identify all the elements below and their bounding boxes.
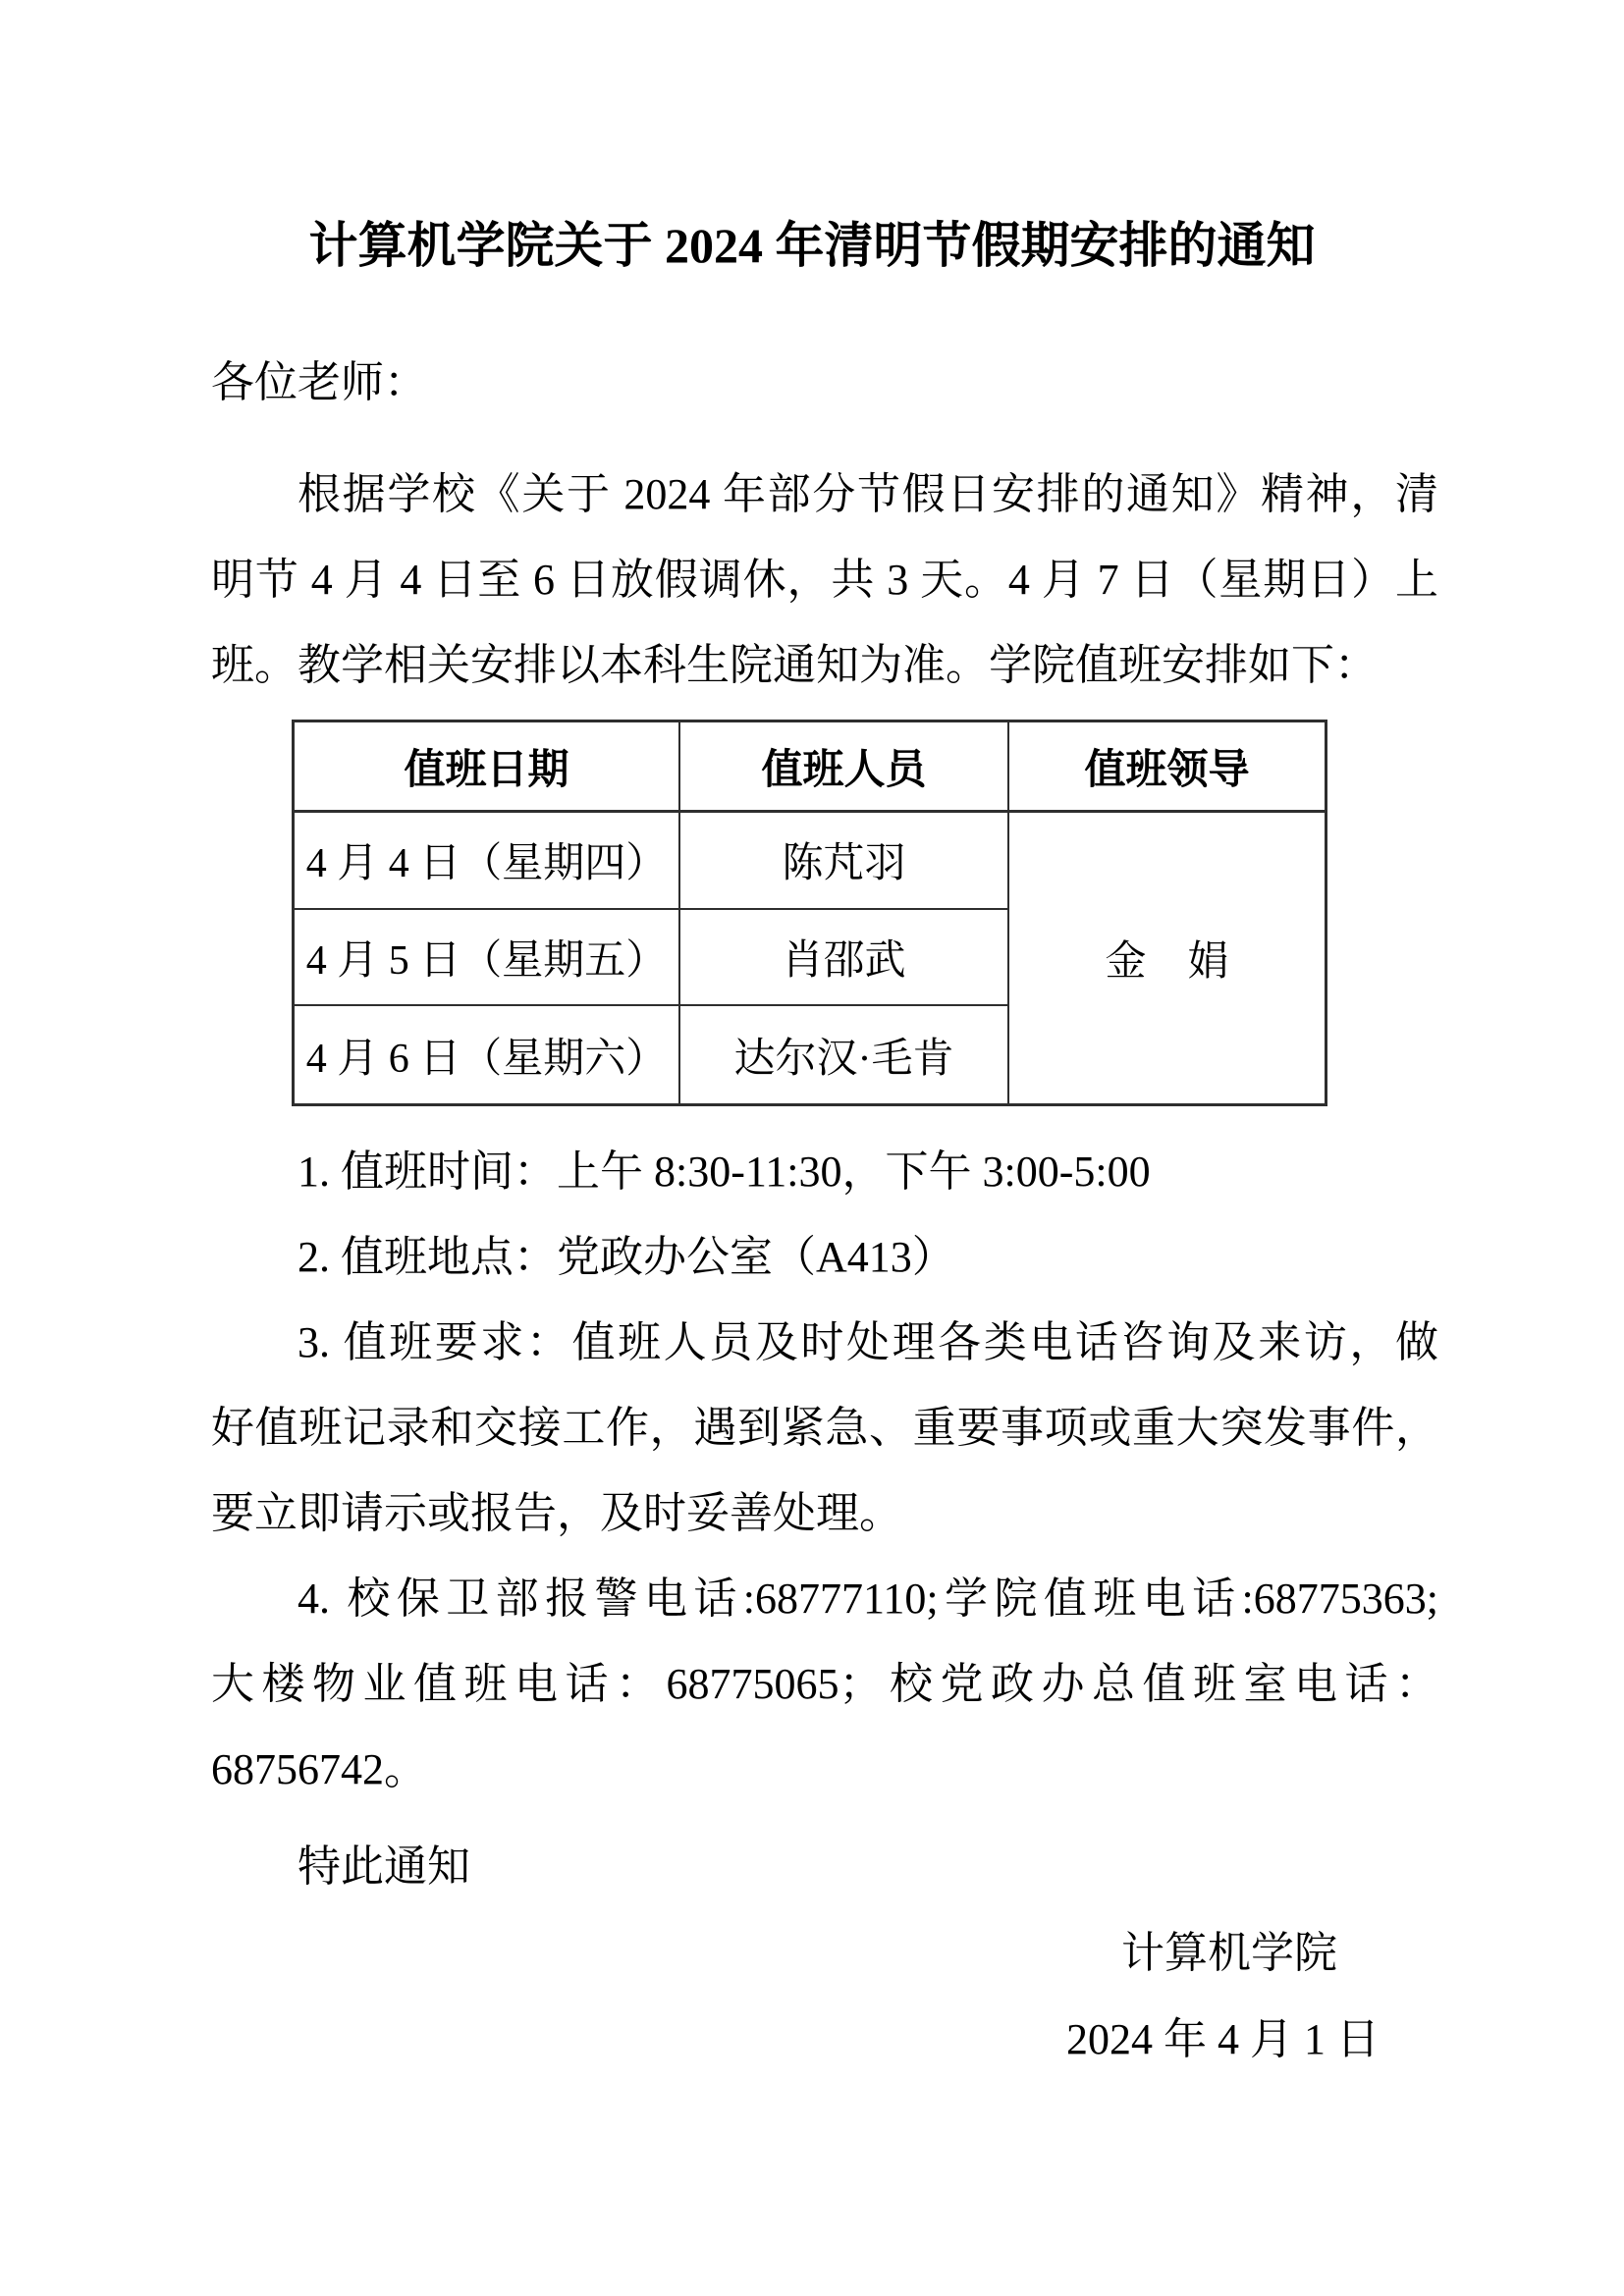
duty-date-cell: 4 月 5 日（星期五） — [295, 910, 680, 1007]
duty-person-cell: 达尔汉·毛肯 — [680, 1006, 1009, 1103]
note-line-duty-require-1: 3. 值班要求：值班人员及时处理各类电话咨询及来访，做 — [211, 1300, 1438, 1385]
table-header-duty-person: 值班人员 — [680, 722, 1009, 813]
duty-schedule-table: 值班日期 值班人员 值班领导 4 月 4 日（星期四） 陈芃羽 4 月 5 日（… — [292, 720, 1327, 1106]
table-header-duty-leader: 值班领导 — [1009, 722, 1325, 813]
duty-date-cell: 4 月 4 日（星期四） — [295, 813, 680, 910]
date-line: 2024 年 4 月 1 日 — [1066, 1997, 1380, 2082]
note-line-phones-1: 4. 校保卫部报警电话:68777110;学院值班电话:68775363; — [211, 1556, 1438, 1641]
duty-person-cell: 肖邵武 — [680, 910, 1009, 1007]
duty-person-cell: 陈芃羽 — [680, 813, 1009, 910]
table-header-duty-date: 值班日期 — [295, 722, 680, 813]
closing-line: 特此通知 — [211, 1824, 1438, 1909]
intro-line-3: 班。教学相关安排以本科生院通知为准。学院值班安排如下： — [211, 622, 1438, 708]
intro-line-2: 明节 4 月 4 日至 6 日放假调休，共 3 天。4 月 7 日（星期日）上 — [211, 537, 1438, 622]
note-line-phones-2: 大楼物业值班电话：68775065；校党政办总值班室电话： — [211, 1641, 1438, 1727]
note-line-duty-require-2: 好值班记录和交接工作，遇到紧急、重要事项或重大突发事件， — [211, 1385, 1438, 1470]
duty-date-cell: 4 月 6 日（星期六） — [295, 1006, 680, 1103]
note-line-duty-time: 1. 值班时间：上午 8:30-11:30，下午 3:00-5:00 — [211, 1129, 1438, 1214]
note-line-phones-3: 68756742。 — [211, 1727, 1438, 1812]
intro-line-1: 根据学校《关于 2024 年部分节假日安排的通知》精神，清 — [211, 452, 1438, 537]
notice-title: 计算机学院关于 2024 年清明节假期安排的通知 — [0, 206, 1624, 285]
duty-leader-cell: 金 娟 — [1009, 813, 1325, 1103]
note-line-duty-require-3: 要立即请示或报告，及时妥善处理。 — [211, 1470, 1438, 1556]
notice-document-page: 计算机学院关于 2024 年清明节假期安排的通知 各位老师： 根据学校《关于 2… — [0, 0, 1624, 2296]
signature-line: 计算机学院 — [1121, 1910, 1337, 1996]
greeting-line: 各位老师： — [211, 340, 1438, 425]
note-line-duty-place: 2. 值班地点：党政办公室（A413） — [211, 1214, 1438, 1300]
